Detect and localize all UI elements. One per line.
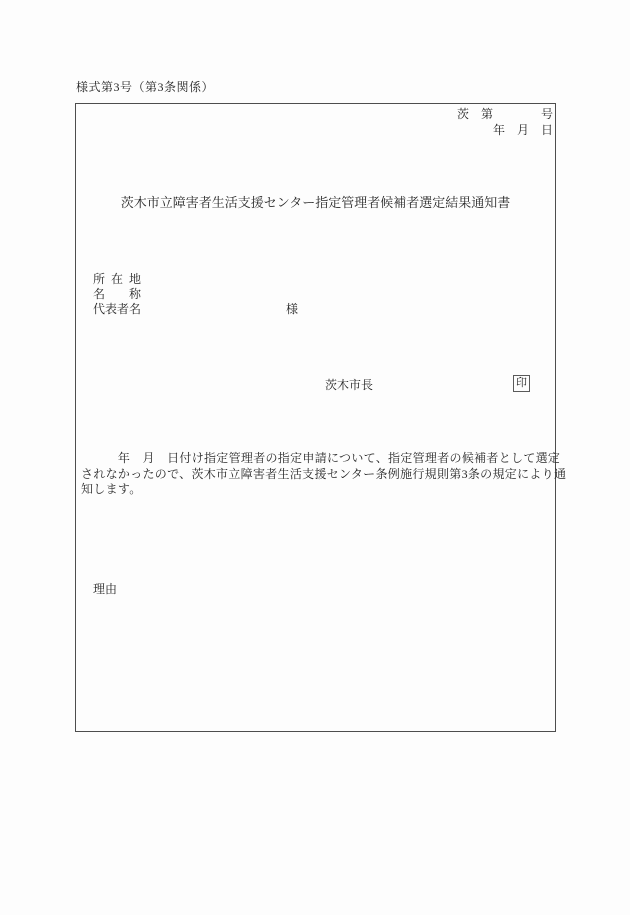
recipient-name-row: 名称 — [93, 287, 298, 302]
document-number-line: 茨 第 号 — [457, 106, 553, 122]
reason-label: 理由 — [93, 582, 117, 597]
document-title: 茨木市立障害者生活支援センター指定管理者候補者選定結果通知書 — [76, 195, 555, 211]
mayor-signature-label: 茨木市長 — [325, 378, 373, 393]
notification-body: 年 月 日付け指定管理者の指定申請について、指定管理者の候補者として選定 されな… — [81, 451, 552, 498]
document-date-line: 年 月 日 — [457, 122, 553, 138]
document-page: 様式第3号（第3条関係） 茨 第 号 年 月 日 茨木市立障害者生活支援センター… — [0, 0, 630, 915]
seal-mark-box: 印 — [513, 375, 530, 392]
document-number-block: 茨 第 号 年 月 日 — [457, 106, 553, 138]
body-line-1: 年 月 日付け指定管理者の指定申請について、指定管理者の候補者として選定 — [81, 451, 552, 467]
representative-label: 代表者名 — [93, 302, 141, 317]
recipient-representative-row: 代表者名 様 — [93, 302, 298, 317]
form-number-label: 様式第3号（第3条関係） — [76, 80, 214, 95]
address-label: 所在地 — [93, 272, 141, 287]
body-line-3: 知します。 — [81, 482, 552, 498]
recipient-block: 所在地 名称 代表者名 様 — [93, 272, 298, 317]
recipient-address-row: 所在地 — [93, 272, 298, 287]
name-label: 名称 — [93, 287, 141, 302]
body-line-2: されなかったので、茨木市立障害者生活支援センター条例施行規則第3条の規定により通 — [81, 467, 552, 483]
honorific-label: 様 — [286, 302, 298, 317]
document-border-box: 茨 第 号 年 月 日 茨木市立障害者生活支援センター指定管理者候補者選定結果通… — [75, 103, 556, 732]
